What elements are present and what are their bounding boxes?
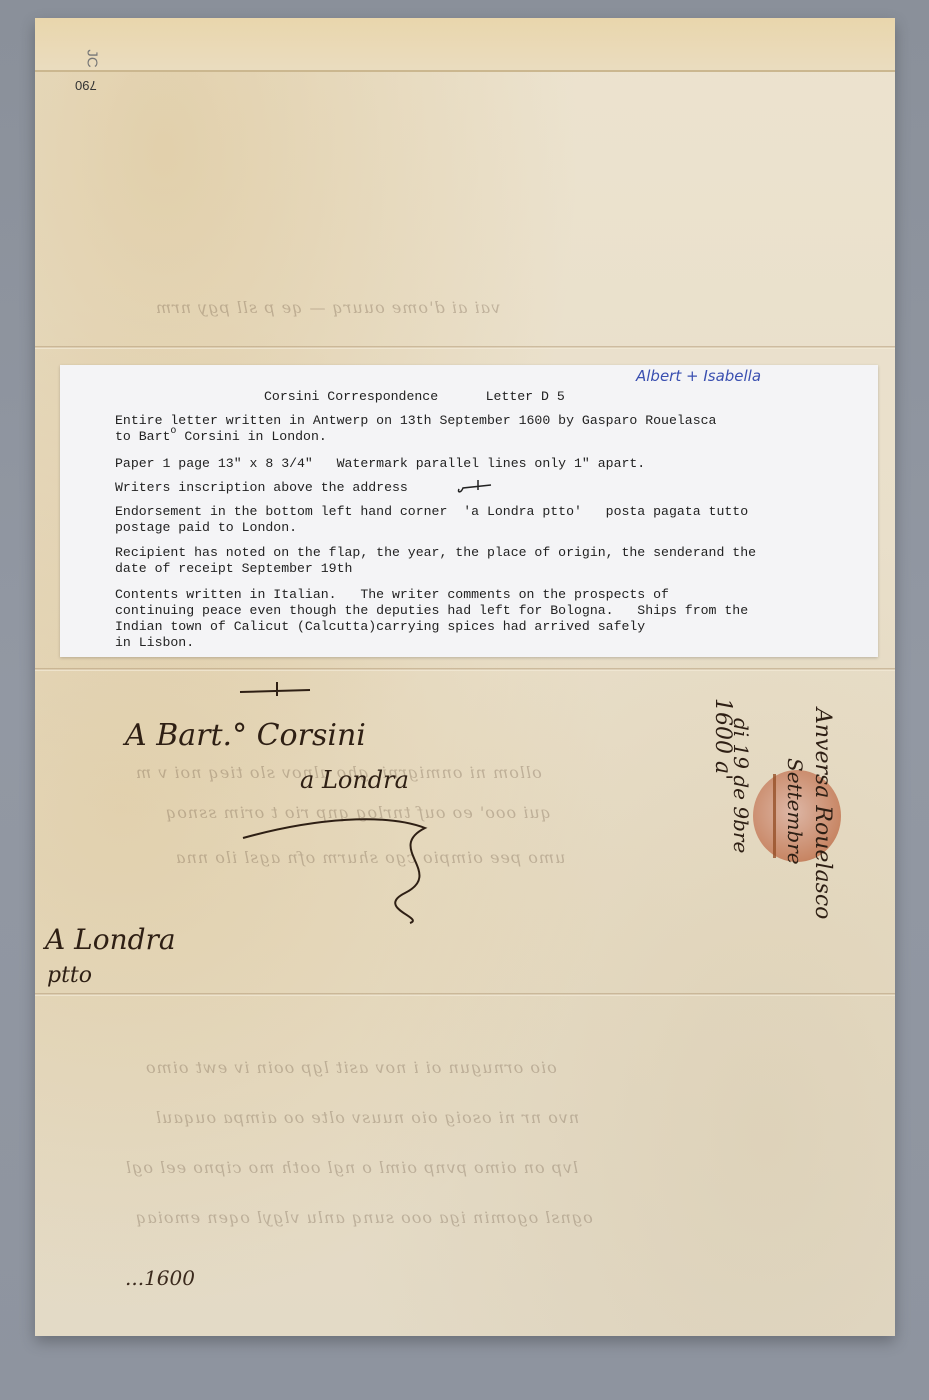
label-paragraph-endorsement: Endorsement in the bottom left hand corn… <box>115 504 748 536</box>
archive-number-pencil: JC <box>84 49 101 67</box>
line: Recipient has noted on the flap, the yea… <box>115 545 756 560</box>
address-line-2: a Londra <box>300 766 409 794</box>
docket-line-4: di 19 de 9bre <box>729 718 753 853</box>
docket-line-2: Anversa Rouelasco <box>810 708 835 919</box>
line: Contents written in Italian. The writer … <box>115 587 669 602</box>
line: Corsini in London. <box>176 429 326 444</box>
line: Indian town of Calicut (Calcutta)carryin… <box>115 619 645 634</box>
bleed-through-text: oio ornugun oi i nov asit lgp ooin iv ew… <box>145 1058 557 1077</box>
inscription-mark-icon <box>455 479 495 495</box>
label-title: Corsini Correspondence Letter D 5 <box>264 389 565 405</box>
line: to Bart <box>115 429 170 444</box>
archival-label: Albert + Isabella Corsini Correspondence… <box>60 365 878 657</box>
superscript: o <box>170 426 176 437</box>
fold-line <box>35 993 895 996</box>
docket-line-3: Settembre <box>783 758 807 865</box>
label-paragraph-inscription: Writers inscription above the address <box>115 480 408 496</box>
bleed-through-text: ognsl ogomin iga ooo sunq anlu vlgyl oqe… <box>135 1208 593 1227</box>
letter-paper: JC 790 vai ai d'ome ouurq — qe p sll pgy… <box>35 18 895 1336</box>
blue-annotation: Albert + Isabella <box>636 368 761 384</box>
line: Endorsement in the bottom left hand corn… <box>115 504 748 519</box>
line: Entire letter written in Antwerp on 13th… <box>115 413 716 428</box>
label-paragraph-origin: Entire letter written in Antwerp on 13th… <box>115 413 716 447</box>
fold-line <box>35 346 895 349</box>
fold-line <box>35 668 895 671</box>
cross-mark-icon <box>235 678 315 698</box>
line: in Lisbon. <box>115 635 194 650</box>
bleed-through-text: lvp on oimo pvnp oiml o ngl ooth mo cipn… <box>125 1158 578 1177</box>
address-line-1: A Bart.° Corsini <box>125 718 366 753</box>
bleed-through-text: nvo nr ni osoig oio nuusv olte oo aimpa … <box>155 1108 579 1127</box>
line: Writers inscription above the address <box>115 480 408 495</box>
endorsement-line-1: A Londra <box>45 923 176 956</box>
collection-title: Corsini Correspondence <box>264 389 438 404</box>
label-paragraph-contents: Contents written in Italian. The writer … <box>115 587 748 651</box>
line: date of receipt September 19th <box>115 561 352 576</box>
line: postage paid to London. <box>115 520 297 535</box>
bottom-line: ...1600 <box>125 1266 195 1290</box>
letter-reference: Letter D 5 <box>486 389 565 404</box>
bleed-through-text: vai ai d'ome ouurq — qe p sll pgy nrm <box>155 298 500 317</box>
top-flap <box>35 18 895 72</box>
archive-number: 790 <box>75 78 97 93</box>
flourish-icon <box>235 798 435 928</box>
endorsement-line-2: ptto <box>47 963 92 988</box>
line: continuing peace even though the deputie… <box>115 603 748 618</box>
label-paragraph-paper: Paper 1 page 13" x 8 3/4" Watermark para… <box>115 456 645 472</box>
label-paragraph-recipient: Recipient has noted on the flap, the yea… <box>115 545 756 577</box>
